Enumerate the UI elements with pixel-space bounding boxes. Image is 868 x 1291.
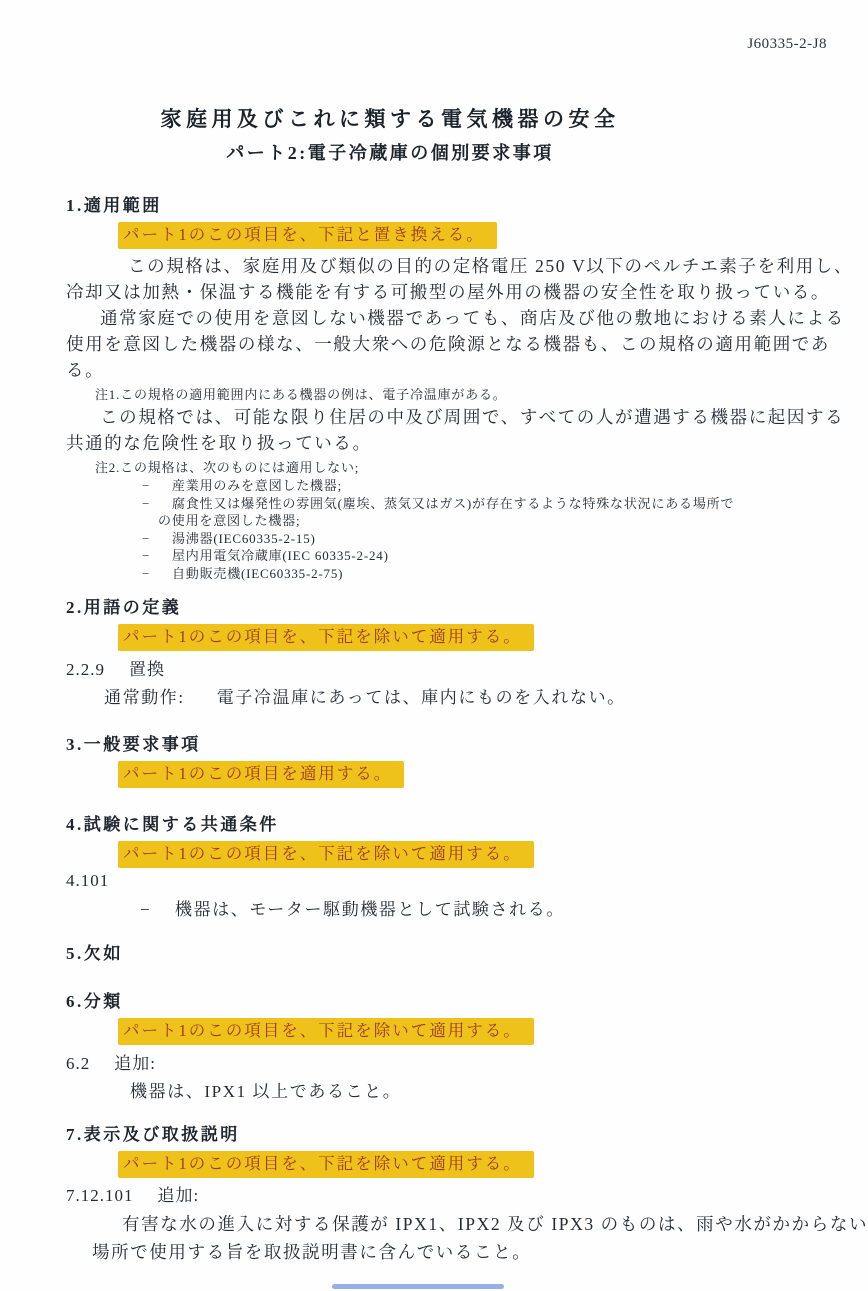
list-item-text: 自動販売機(IEC60335-2-75) [172, 565, 343, 583]
list-item-text: の使用を意図した機器; [158, 512, 300, 530]
clause-label: 追加: [158, 1185, 200, 1207]
paragraph: 有害な水の進入に対する保護が IPX1、IPX2 及び IPX3 のものは、雨や… [66, 1211, 816, 1266]
directive-highlight: パート1のこの項目を、下記を除いて適用する。 [118, 1151, 534, 1178]
list-item: − 自動販売機(IEC60335-2-75) [140, 565, 816, 583]
doc-code: J60335-2-J8 [747, 36, 827, 53]
note-1: 注1.この規格の適用範囲内にある機器の例は、電子冷温庫がある。 [95, 386, 816, 404]
paragraph-line: 共通的な危険性を取り扱っている。 [66, 430, 816, 456]
paragraph: この規格は、家庭用及び類似の目的の定格電圧 250 V以下のペルチエ素子を利用し… [66, 253, 816, 305]
clause-number: 2.2.9 [66, 659, 105, 681]
section-void: 5.欠如 [66, 943, 816, 965]
list-item-text: 湯沸器(IEC60335-2-15) [172, 530, 316, 548]
clause-text: 機器は、IPX1 以上であること。 [130, 1081, 816, 1103]
clause-row: 4.101 [66, 870, 816, 892]
document-page: J60335-2-J8 家庭用及びこれに類する電気機器の安全 パート2:電子冷蔵… [0, 0, 868, 1291]
directive-row: パート1のこの項目を、下記を除いて適用する。 [118, 1151, 816, 1178]
directive-highlight: パート1のこの項目を、下記と置き換える。 [118, 222, 497, 249]
section-heading: 2.用語の定義 [66, 597, 816, 619]
directive-row: パート1のこの項目を、下記と置き換える。 [118, 222, 816, 249]
section-heading: 4.試験に関する共通条件 [66, 814, 816, 836]
list-item-text: 腐食性又は爆発性の雰囲気(塵埃、蒸気又はガス)が存在するような特殊な状況にある場… [172, 495, 734, 513]
paragraph-line: 冷却又は加熱・保温する機能を有する可搬型の屋外用の機器の安全性を取り扱っている。 [66, 279, 816, 305]
section-heading: 6.分類 [66, 991, 816, 1013]
dash-bullet-icon: − [140, 547, 172, 565]
section-heading: 3.一般要求事項 [66, 734, 816, 756]
list-item: − 腐食性又は爆発性の雰囲気(塵埃、蒸気又はガス)が存在するような特殊な状況にあ… [140, 495, 816, 513]
clause-label: 置換 [129, 659, 165, 681]
clause-row: 7.12.101 追加: [66, 1185, 816, 1207]
directive-highlight: パート1のこの項目を、下記を除いて適用する。 [118, 624, 534, 651]
directive-row: パート1のこの項目を適用する。 [118, 761, 816, 788]
list-item-text: 機器は、モーター駆動機器として試験される。 [175, 899, 565, 921]
section-scope: 1.適用範囲 パート1のこの項目を、下記と置き換える。 この規格は、家庭用及び類… [66, 195, 816, 582]
directive-highlight: パート1のこの項目を適用する。 [118, 761, 404, 788]
directive-row: パート1のこの項目を、下記を除いて適用する。 [118, 1018, 816, 1045]
paragraph-line: 有害な水の進入に対する保護が IPX1、IPX2 及び IPX3 のものは、雨や… [66, 1211, 816, 1239]
clause-number: 6.2 [66, 1053, 90, 1075]
list-item: − 湯沸器(IEC60335-2-15) [140, 530, 816, 548]
clause-number: 7.12.101 [66, 1185, 134, 1207]
section-classification: 6.分類 パート1のこの項目を、下記を除いて適用する。 6.2 追加: 機器は、… [66, 991, 816, 1103]
clause-row: 6.2 追加: [66, 1053, 816, 1075]
clause-number: 4.101 [66, 870, 109, 892]
dash-bullet-icon: − [140, 530, 172, 548]
definition-term: 通常動作: [104, 687, 185, 709]
section-heading: 5.欠如 [66, 943, 816, 965]
definition-text: 電子冷温庫にあっては、庫内にものを入れない。 [217, 687, 626, 709]
section-general-requirements: 3.一般要求事項 パート1のこの項目を適用する。 [66, 734, 816, 788]
list-item-text: 産業用のみを意図した機器; [172, 477, 342, 495]
definition-row: 通常動作: 電子冷温庫にあっては、庫内にものを入れない。 [104, 687, 816, 709]
document-title: 家庭用及びこれに類する電気機器の安全 [0, 104, 780, 134]
paragraph-line: る。 [66, 357, 816, 383]
section-definitions: 2.用語の定義 パート1のこの項目を、下記を除いて適用する。 2.2.9 置換 … [66, 597, 816, 709]
clause-label: 追加: [114, 1053, 156, 1075]
document-subtitle: パート2:電子冷蔵庫の個別要求事項 [0, 140, 780, 166]
section-test-conditions: 4.試験に関する共通条件 パート1のこの項目を、下記を除いて適用する。 4.10… [66, 814, 816, 921]
dash-bullet-icon: − [140, 495, 172, 513]
directive-highlight: パート1のこの項目を、下記を除いて適用する。 [118, 1018, 534, 1045]
directive-highlight: パート1のこの項目を、下記を除いて適用する。 [118, 841, 534, 868]
list-item: − 産業用のみを意図した機器; [140, 477, 816, 495]
dash-bullet-icon: − [140, 565, 172, 583]
scan-artifact-line [332, 1284, 504, 1289]
directive-row: パート1のこの項目を、下記を除いて適用する。 [118, 624, 816, 651]
title-block: 家庭用及びこれに類する電気機器の安全 パート2:電子冷蔵庫の個別要求事項 [0, 104, 780, 166]
dash-bullet-icon: − [140, 477, 172, 495]
paragraph-line: 使用を意図した機器の様な、一般大衆への危険源となる機器も、この規格の適用範囲であ [66, 331, 816, 357]
section-heading: 1.適用範囲 [66, 195, 816, 217]
section-heading: 7.表示及び取扱説明 [66, 1124, 816, 1146]
section-marking-instructions: 7.表示及び取扱説明 パート1のこの項目を、下記を除いて適用する。 7.12.1… [66, 1124, 816, 1266]
note-2: 注2.この規格は、次のものには適用しない; [95, 459, 816, 477]
directive-row: パート1のこの項目を、下記を除いて適用する。 [118, 841, 816, 868]
paragraph-line: この規格は、家庭用及び類似の目的の定格電圧 250 V以下のペルチエ素子を利用し… [66, 253, 816, 279]
exclusion-list: − 産業用のみを意図した機器; − 腐食性又は爆発性の雰囲気(塵埃、蒸気又はガス… [140, 477, 816, 582]
paragraph: この規格では、可能な限り住居の中及び周囲で、すべての人が遭遇する機器に起因する … [66, 404, 816, 456]
paragraph-line: 通常家庭での使用を意図しない機器であっても、商店及び他の敷地における素人による [66, 305, 816, 331]
list-item: − 機器は、モーター駆動機器として試験される。 [140, 899, 816, 921]
list-item-text: 屋内用電気冷蔵庫(IEC 60335-2-24) [172, 547, 389, 565]
list-item: − 屋内用電気冷蔵庫(IEC 60335-2-24) [140, 547, 816, 565]
paragraph: 通常家庭での使用を意図しない機器であっても、商店及び他の敷地における素人による … [66, 305, 816, 383]
dash-bullet-icon: − [140, 899, 175, 921]
paragraph-line: この規格では、可能な限り住居の中及び周囲で、すべての人が遭遇する機器に起因する [66, 404, 816, 430]
clause-row: 2.2.9 置換 [66, 659, 816, 681]
paragraph-line: 場所で使用する旨を取扱説明書に含んでいること。 [92, 1239, 816, 1267]
list-item-continuation: − の使用を意図した機器; [140, 512, 816, 530]
